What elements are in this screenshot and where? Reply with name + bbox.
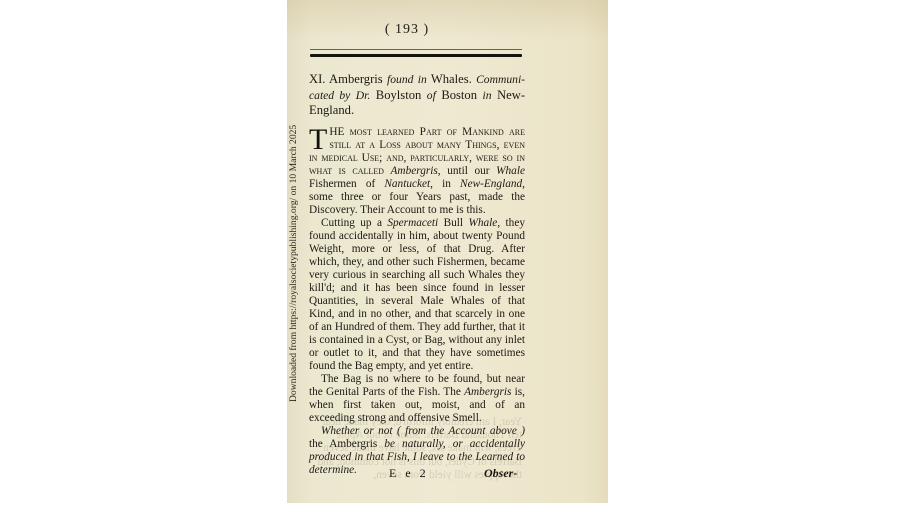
italic-term: Ambergris xyxy=(391,165,438,177)
header-rule-thin xyxy=(310,49,522,50)
scanned-page: Year, I am credibly inform'd, they made … xyxy=(287,0,608,503)
italic-term: Whale xyxy=(496,165,525,177)
download-watermark: Downloaded from https://royalsocietypubl… xyxy=(288,122,300,402)
paragraph-text: , in xyxy=(430,178,451,190)
heading-word: in xyxy=(483,89,492,102)
signature-mark: E e 2 xyxy=(389,466,429,481)
heading-text: Ambergris found in Whales. Communi- cate… xyxy=(309,72,525,117)
page-number: ( 193 ) xyxy=(287,22,527,38)
paragraph-text: , until our xyxy=(438,165,490,177)
heading-word: cated by xyxy=(309,89,350,102)
heading-number: XI. xyxy=(309,72,329,86)
italic-term: New-England xyxy=(460,178,522,190)
heading-word: England. xyxy=(309,103,354,117)
paragraph-2: Cutting up a Spermaceti Bull Whale, they… xyxy=(309,217,525,373)
heading-word: Dr. xyxy=(356,89,371,102)
italic-term: Whether or not ( from the Account above … xyxy=(321,425,525,437)
article-heading: XI. Ambergris found in Whales. Communi- … xyxy=(309,72,525,118)
paragraph-text: , they found accidentally in him, about … xyxy=(309,217,525,372)
heading-word: New- xyxy=(497,88,525,102)
article-body: THE most learned Part of Mankind are sti… xyxy=(309,126,525,477)
paragraph-3: The Bag is no where to be found, but nea… xyxy=(309,373,525,425)
drop-cap: T xyxy=(309,128,327,152)
paragraph-text: Cutting up a xyxy=(321,217,382,229)
heading-word: Boylston xyxy=(376,88,422,102)
heading-word: found xyxy=(387,73,413,86)
paragraph-text: Fishermen of xyxy=(309,178,375,190)
italic-term: Spermaceti xyxy=(387,217,438,229)
heading-word: of xyxy=(427,89,436,102)
heading-word: Communi- xyxy=(476,73,525,86)
heading-word: Boston xyxy=(441,88,477,102)
paragraph-1: THE most learned Part of Mankind are sti… xyxy=(309,126,525,217)
paragraph-text: the Ambergris xyxy=(309,438,377,450)
italic-term: Nantucket xyxy=(384,178,430,190)
italic-term: Ambergris xyxy=(464,386,511,398)
italic-term: Whale xyxy=(468,217,497,229)
header-rule xyxy=(310,54,522,57)
heading-word: Whales. xyxy=(431,72,472,86)
heading-word: Ambergris xyxy=(329,72,383,86)
catchword: Obser- xyxy=(484,466,517,481)
heading-word: in xyxy=(418,73,427,86)
paragraph-text: Bull xyxy=(444,217,463,229)
